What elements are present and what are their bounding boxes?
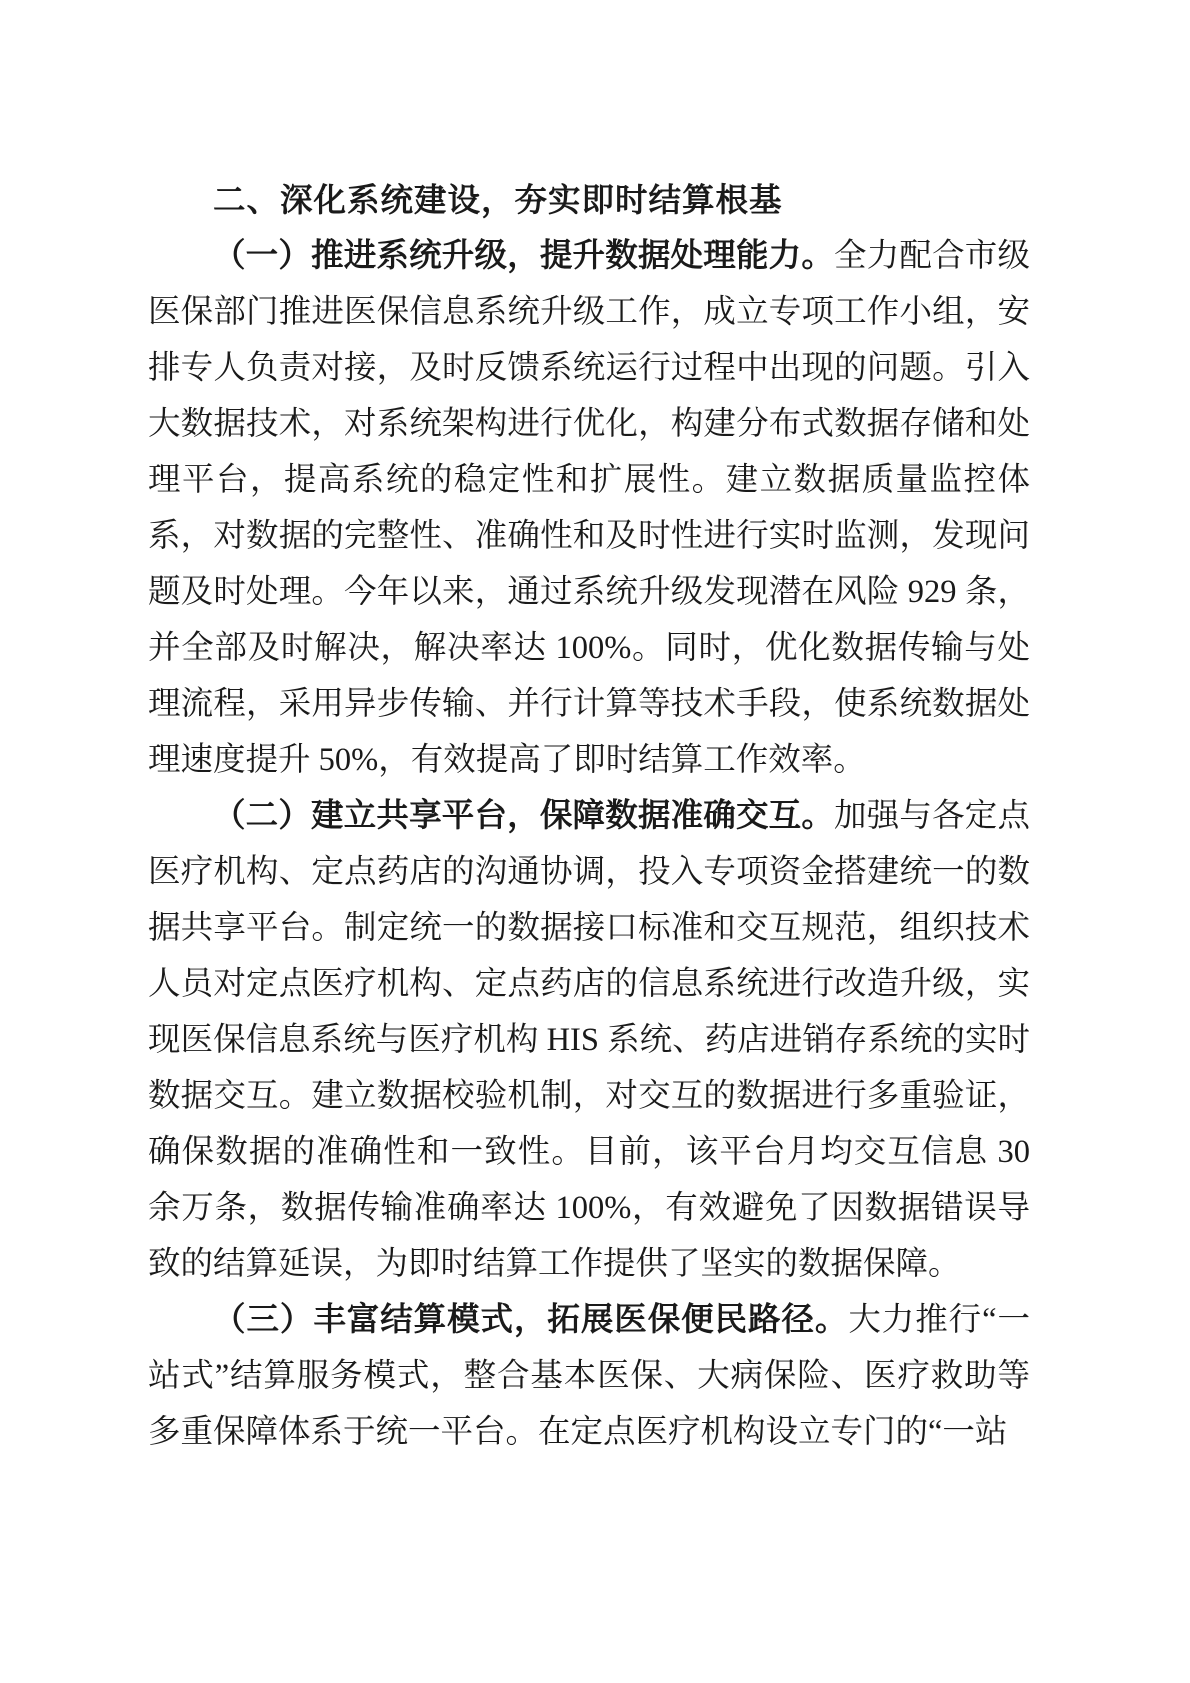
paragraph-1-body: 全力配合市级医保部门推进医保信息系统升级工作，成立专项工作小组，安排专人负责对接…: [148, 238, 1030, 778]
paragraph-3-lead: （三）丰富结算模式，拓展医保便民路径。: [213, 1302, 848, 1338]
section-heading: 二、深化系统建设，夯实即时结算根基: [148, 172, 1030, 228]
paragraph-1: （一）推进系统升级，提升数据处理能力。全力配合市级医保部门推进医保信息系统升级工…: [148, 228, 1030, 788]
paragraph-2-body: 加强与各定点医疗机构、定点药店的沟通协调，投入专项资金搭建统一的数据共享平台。制…: [148, 798, 1030, 1282]
paragraph-1-lead: （一）推进系统升级，提升数据处理能力。: [213, 238, 834, 274]
paragraph-2: （二）建立共享平台，保障数据准确交互。加强与各定点医疗机构、定点药店的沟通协调，…: [148, 788, 1030, 1292]
document-content: 二、深化系统建设，夯实即时结算根基 （一）推进系统升级，提升数据处理能力。全力配…: [148, 172, 1030, 1460]
document-page: 二、深化系统建设，夯实即时结算根基 （一）推进系统升级，提升数据处理能力。全力配…: [0, 0, 1190, 1683]
paragraph-3: （三）丰富结算模式，拓展医保便民路径。大力推行“一站式”结算服务模式，整合基本医…: [148, 1292, 1030, 1460]
paragraph-2-lead: （二）建立共享平台，保障数据准确交互。: [213, 798, 834, 834]
